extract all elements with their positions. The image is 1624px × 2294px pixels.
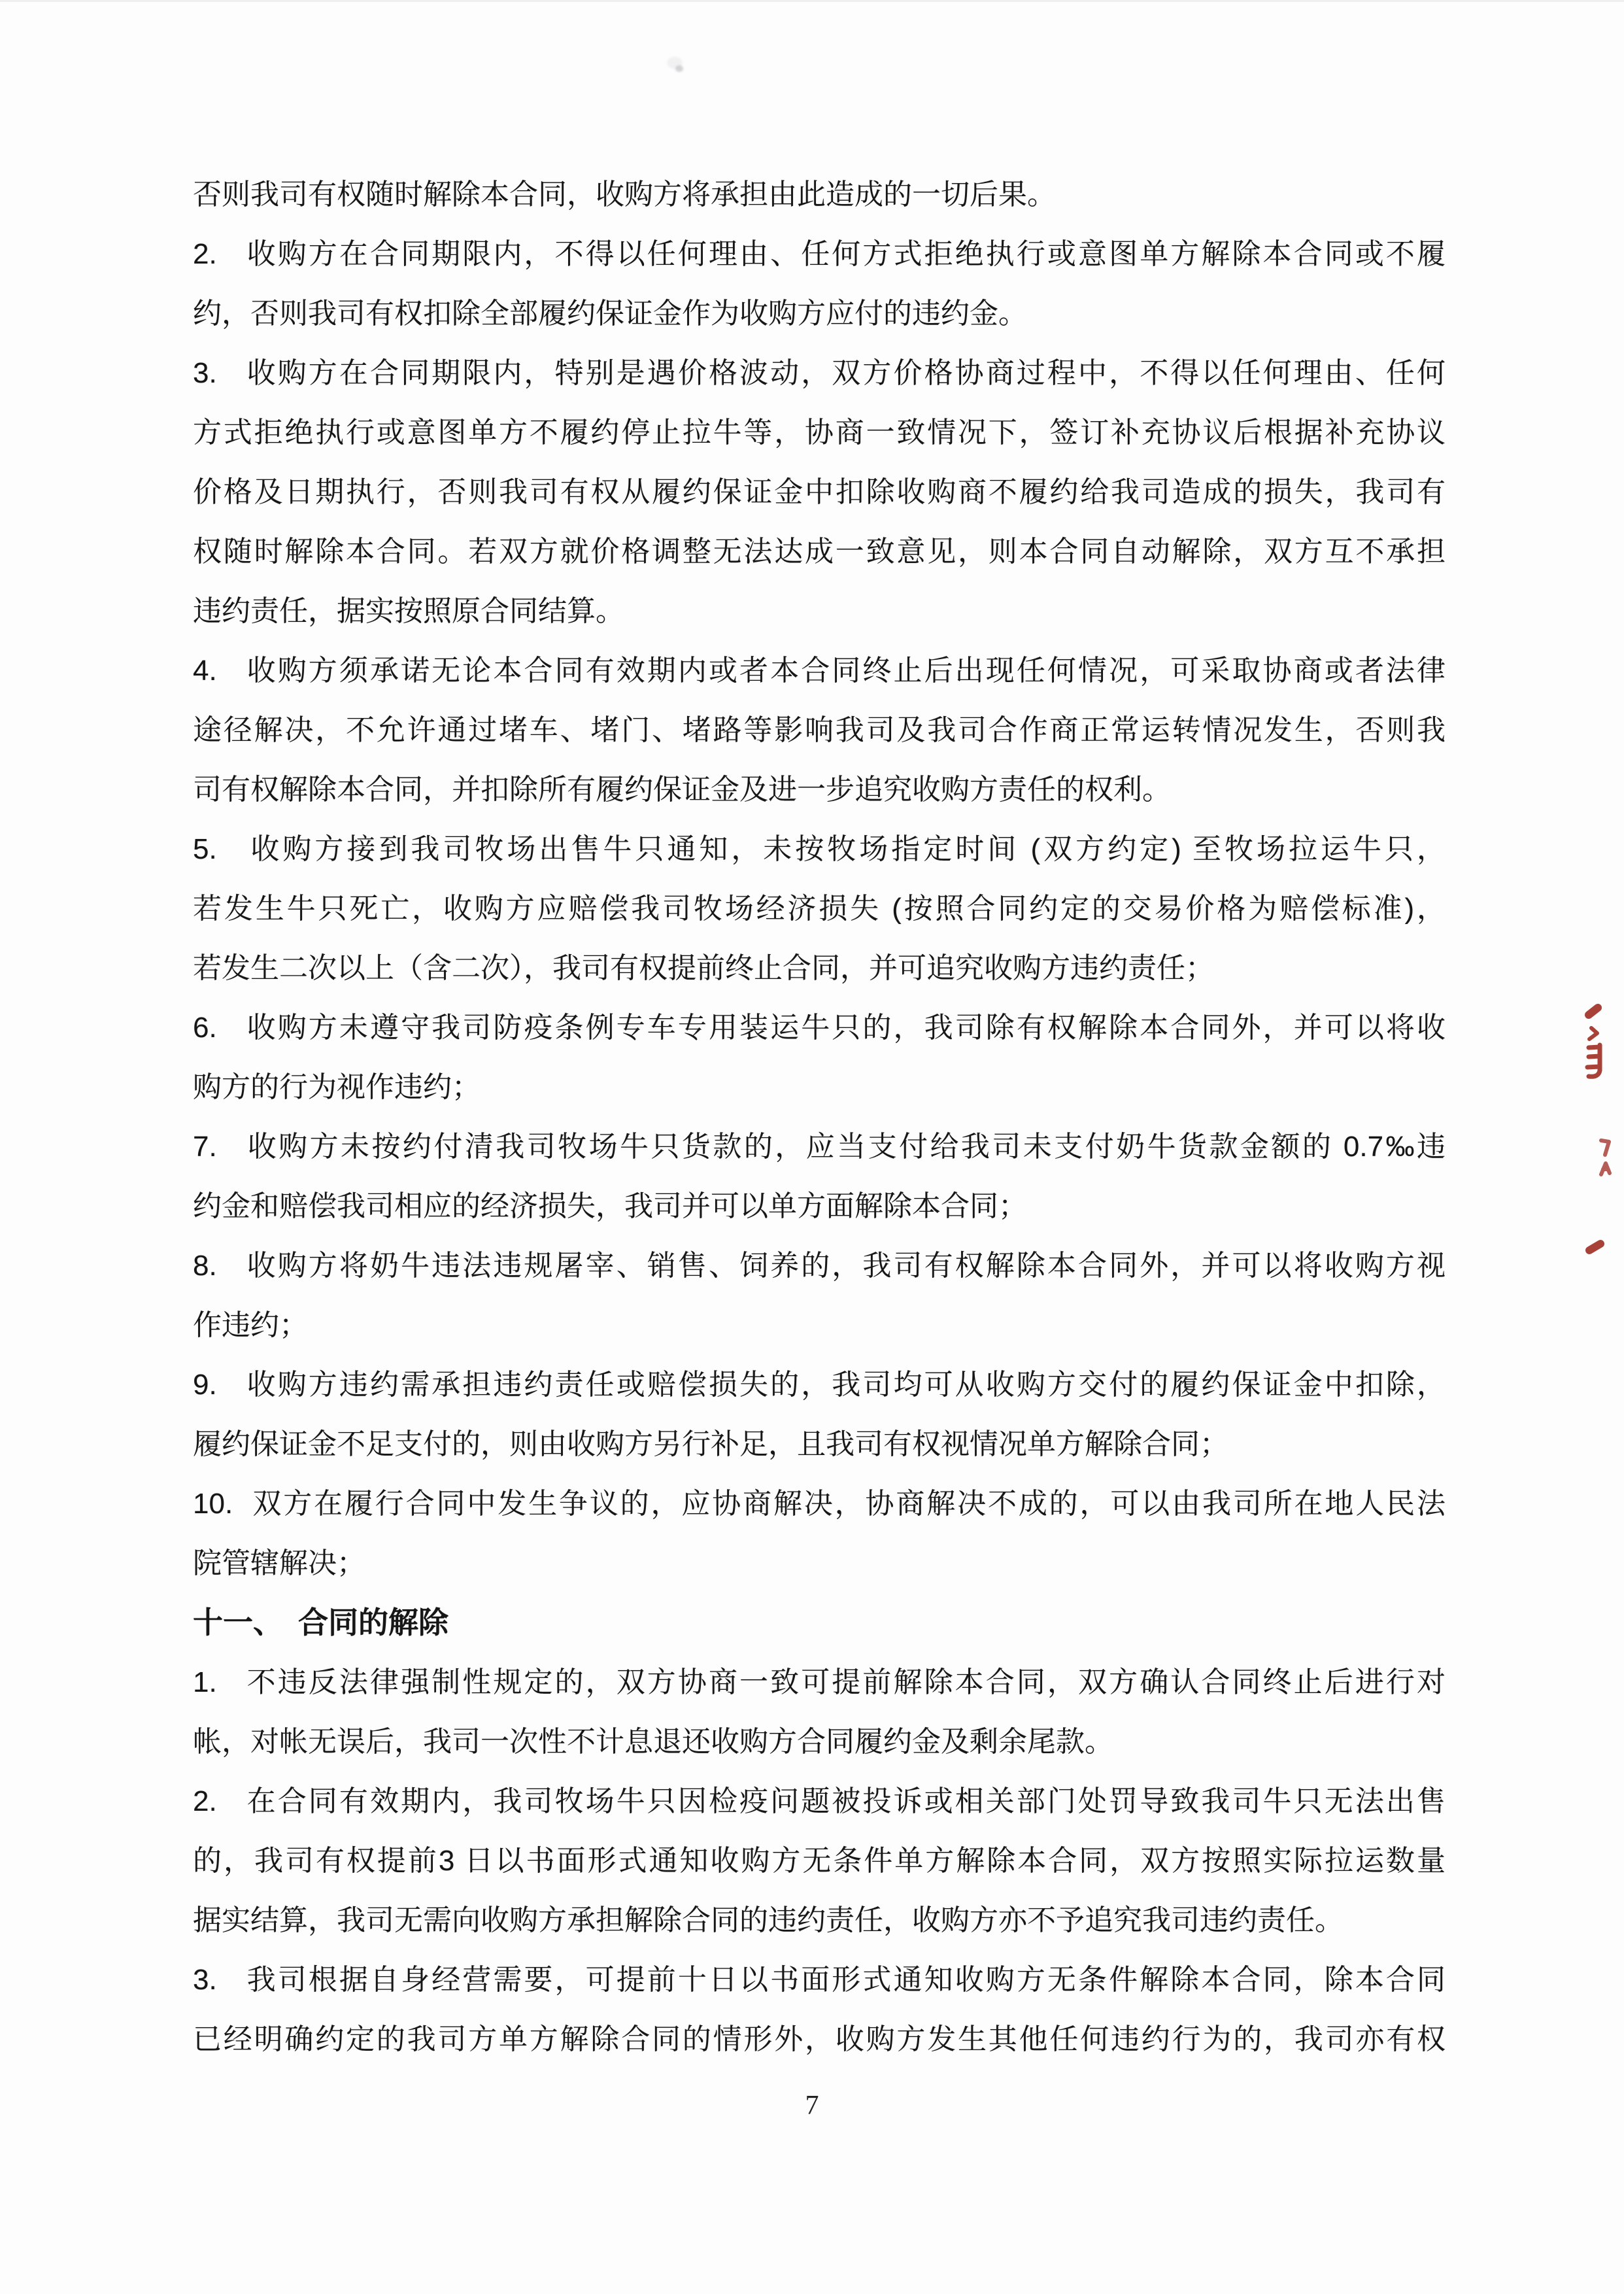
clause-line: 约金和赔偿我司相应的经济损失，我司并可以单方面解除本合同； (193, 1176, 1446, 1236)
clause-line: 8. 收购方将奶牛违法违规屠宰、销售、饲养的，我司有权解除本合同外，并可以将收购… (193, 1236, 1446, 1295)
clause-line: 6. 收购方未遵守我司防疫条例专车专用装运牛只的，我司除有权解除本合同外，并可以… (193, 998, 1446, 1057)
clause-line: 履约保证金不足支付的，则由收购方另行补足，且我司有权视情况单方解除合同； (193, 1414, 1446, 1474)
page-number: 7 (0, 2083, 1624, 2129)
red-ink-fragment-upper (1589, 1008, 1598, 1015)
clause-line: 帐，对帐无误后，我司一次性不计息退还收购方合同履约金及剩余尾款。 (193, 1712, 1446, 1772)
clause-line: 途径解决，不允许通过堵车、堵门、堵路等影响我司及我司合作商正常运转情况发生，否则… (193, 700, 1446, 760)
red-ink-fragment-middle (1601, 1140, 1609, 1155)
clause-line: 据实结算，我司无需向收购方承担解除合同的违约责任，收购方亦不予追究我司违约责任。 (193, 1891, 1446, 1950)
clause-line: 3. 我司根据自身经营需要，可提前十日以书面形式通知收购方无条件解除本合同，除本… (193, 1950, 1446, 2010)
clause-line: 1. 不违反法律强制性规定的，双方协商一致可提前解除本合同，双方确认合同终止后进… (193, 1652, 1446, 1712)
clause-line: 若发生二次以上（含二次），我司有权提前终止合同，并可追究收购方违约责任； (193, 938, 1446, 998)
clause-line: 违约责任，据实按照原合同结算。 (193, 581, 1446, 641)
clause-line: 7. 收购方未按约付清我司牧场牛只货款的，应当支付给我司未支付奶牛货款金额的 0… (193, 1117, 1446, 1176)
scan-smudge (666, 55, 688, 76)
red-ink-fragment-lower (1589, 1244, 1600, 1250)
clause-line: 3. 收购方在合同期限内，特别是遇价格波动，双方价格协商过程中，不得以任何理由、… (193, 343, 1446, 403)
red-ink-marks (1569, 974, 1624, 1262)
clause-line: 10. 双方在履行合同中发生争议的，应协商解决，协商解决不成的，可以由我司所在地… (193, 1474, 1446, 1533)
clause-line: 作违约； (193, 1295, 1446, 1355)
clause-line: 若发生牛只死亡，收购方应赔偿我司牧场经济损失 (按照合同约定的交易价格为赔偿标准… (193, 879, 1446, 938)
contract-text-block: 否则我司有权随时解除本合同，收购方将承担由此造成的一切后果。 2. 收购方在合同… (193, 165, 1446, 2069)
clause-line: 5. 收购方接到我司牧场出售牛只通知，未按牧场指定时间 (双方约定) 至牧场拉运… (193, 819, 1446, 879)
scan-edge-artifact (0, 0, 1624, 2)
clause-line: 2. 收购方在合同期限内，不得以任何理由、任何方式拒绝执行或意图单方解除本合同或… (193, 224, 1446, 284)
clause-line: 4. 收购方须承诺无论本合同有效期内或者本合同终止后出现任何情况，可采取协商或者… (193, 641, 1446, 700)
clause-line: 9. 收购方违约需承担违约责任或赔偿损失的，我司均可从收购方交付的履约保证金中扣… (193, 1355, 1446, 1414)
clause-line: 的，我司有权提前3 日以书面形式通知收购方无条件单方解除本合同，双方按照实际拉运… (193, 1831, 1446, 1891)
clause-line: 已经明确约定的我司方单方解除合同的情形外，收购方发生其他任何违约行为的，我司亦有… (193, 2010, 1446, 2069)
clause-line: 约，否则我司有权扣除全部履约保证金作为收购方应付的违约金。 (193, 284, 1446, 343)
clause-line: 价格及日期执行，否则我司有权从履约保证金中扣除收购商不履约给我司造成的损失，我司… (193, 462, 1446, 522)
clause-line: 方式拒绝执行或意图单方不履约停止拉牛等，协商一致情况下，签订补充协议后根据补充协… (193, 403, 1446, 462)
section-heading-termination: 十一、 合同的解除 (193, 1593, 1446, 1652)
clause-line: 院管辖解决； (193, 1533, 1446, 1593)
clause-line: 2. 在合同有效期内，我司牧场牛只因检疫问题被投诉或相关部门处罚导致我司牛只无法… (193, 1772, 1446, 1831)
clause-line: 购方的行为视作违约； (193, 1057, 1446, 1117)
clause-line: 权随时解除本合同。若双方就价格调整无法达成一致意见，则本合同自动解除，双方互不承… (193, 522, 1446, 581)
clause-line: 否则我司有权随时解除本合同，收购方将承担由此造成的一切后果。 (193, 165, 1446, 224)
clause-line: 司有权解除本合同，并扣除所有履约保证金及进一步追究收购方责任的权利。 (193, 760, 1446, 819)
contract-page: 否则我司有权随时解除本合同，收购方将承担由此造成的一切后果。 2. 收购方在合同… (0, 0, 1624, 2294)
